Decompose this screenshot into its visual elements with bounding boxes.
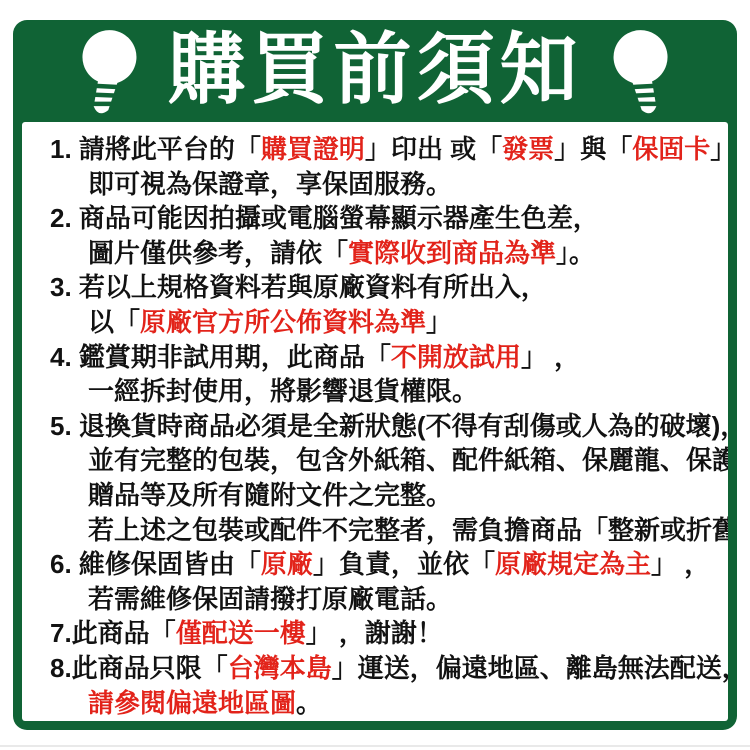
notice-card: 購買前須知 1. 請將此平台的「購買證明」印出 或「發票」與「保固卡」一起保存，… [13,20,737,730]
notice-line: 3. 若以上規格資料若與原廠資料有所出入， [50,270,720,305]
notice-text-segment: 即可視為保證章，享保固服務。 [88,169,452,199]
notice-text-segment: 4. 鑑賞期非試用期，此商品「 [50,342,391,372]
notice-text-segment: 1. 請將此平台的「 [50,134,261,164]
purchase-notice-image: 購買前須知 1. 請將此平台的「購買證明」印出 或「發票」與「保固卡」一起保存，… [0,0,750,750]
notice-text-segment: 。 [296,688,322,718]
notice-text-segment: 若上述之包裝或配件不完整者，需負擔商品「整新或折舊費用」。 [88,515,728,545]
notice-header: 購買前須知 [13,20,737,122]
notice-line: 8.此商品只限「台灣本島」運送，偏遠地區、離島無法配送， [50,651,720,686]
notice-title: 購買前須知 [167,30,582,108]
notice-line: 7.此商品「僅配送一樓」 ，謝謝！ [50,616,720,651]
notice-text-segment: 台灣本島 [228,653,332,683]
lightbulb-icon [606,24,678,126]
notice-text-segment: 」 [426,307,452,337]
notice-text-segment: 一經拆封使用，將影響退貨權限。 [88,376,478,406]
notice-text-segment: 」與「 [554,134,632,164]
notice-line: 並有完整的包裝，包含外紙箱、配件紙箱、保麗龍、保護袋、 [50,443,720,478]
notice-text-segment: 實際收到商品為準 [348,238,556,268]
notice-text-segment: 不開放試用 [391,342,521,372]
notice-text-segment: 原廠官方所公佈資料為準 [140,307,426,337]
notice-text-segment: 圖片僅供參考，請依「 [88,238,348,268]
section-divider [0,745,750,747]
notice-text-segment: 」一起保存， [710,134,728,164]
notice-line: 若需維修保固請撥打原廠電話。 [50,582,720,617]
notice-line: 4. 鑑賞期非試用期，此商品「不開放試用」 ， [50,340,720,375]
notice-line: 若上述之包裝或配件不完整者，需負擔商品「整新或折舊費用」。 [50,513,720,548]
notice-text-segment: 贈品等及所有隨附文件之完整。 [88,480,452,510]
notice-text-segment: 原廠 [261,549,313,579]
notice-text-segment: 僅配送一樓 [176,618,306,648]
notice-text-segment: 保固卡 [632,134,710,164]
notice-line: 2. 商品可能因拍攝或電腦螢幕顯示器產生色差， [50,201,720,236]
notice-text-segment: 並有完整的包裝，包含外紙箱、配件紙箱、保麗龍、保護袋、 [88,445,728,475]
notice-line: 5. 退換貨時商品必須是全新狀態(不得有刮傷或人為的破壞)， [50,409,720,444]
notice-text-segment: 」。 [556,238,595,268]
notice-line: 以「原廠官方所公佈資料為準」 [50,305,720,340]
notice-line: 一經拆封使用，將影響退貨權限。 [50,374,720,409]
lightbulb-icon [72,24,144,126]
notice-line: 贈品等及所有隨附文件之完整。 [50,478,720,513]
notice-text-segment: 」 ， [651,549,710,579]
notice-text-segment: 」負責，並依「 [313,549,495,579]
notice-text-segment: 7.此商品「 [50,618,176,648]
notice-text-segment: 」運送，偏遠地區、離島無法配送， [332,653,728,683]
notice-text-segment: 」 ，謝謝！ [306,618,443,648]
notice-text-segment: 若需維修保固請撥打原廠電話。 [88,584,452,614]
notice-line: 1. 請將此平台的「購買證明」印出 或「發票」與「保固卡」一起保存， [50,132,720,167]
notice-text-segment: 3. 若以上規格資料若與原廠資料有所出入， [50,272,547,302]
notice-text-segment: 以「 [88,307,140,337]
notice-text-segment: 」 ， [521,342,580,372]
notice-text-segment: 請參閱偏遠地區圖 [88,688,296,718]
notice-text-segment: 購買證明 [261,134,365,164]
notice-text-segment: 5. 退換貨時商品必須是全新狀態(不得有刮傷或人為的破壞)， [50,411,728,441]
notice-text-segment: 發票 [502,134,554,164]
notice-line: 即可視為保證章，享保固服務。 [50,167,720,202]
notice-line: 6. 維修保固皆由「原廠」負責，並依「原廠規定為主」 ， [50,547,720,582]
notice-text-segment: 2. 商品可能因拍攝或電腦螢幕顯示器產生色差， [50,203,599,233]
notice-text-segment: 8.此商品只限「 [50,653,228,683]
notice-text-segment: 原廠規定為主 [495,549,651,579]
notice-line: 圖片僅供參考，請依「實際收到商品為準」。 [50,236,720,271]
notice-body: 1. 請將此平台的「購買證明」印出 或「發票」與「保固卡」一起保存，即可視為保證… [22,122,728,721]
notice-line: 請參閱偏遠地區圖。 [50,686,720,721]
notice-text-segment: 」印出 或「 [365,134,502,164]
notice-text-segment: 6. 維修保固皆由「 [50,549,261,579]
